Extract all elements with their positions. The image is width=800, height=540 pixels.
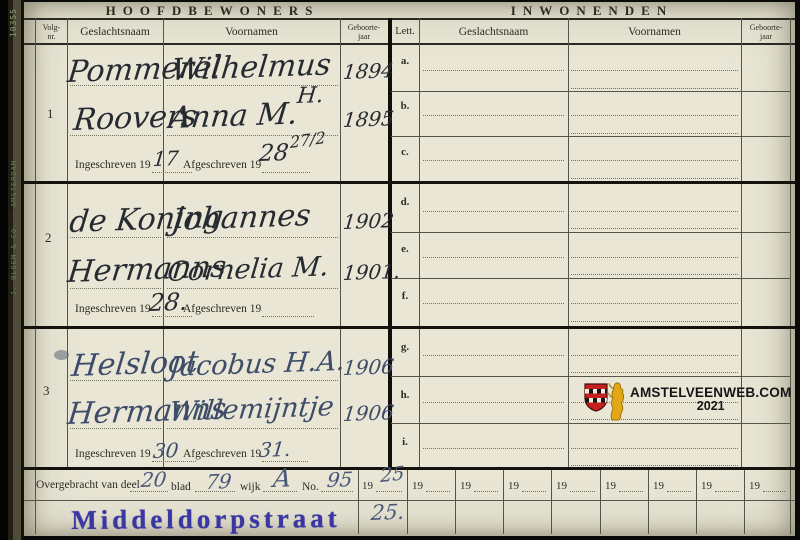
lett-label-d: d. [391,196,419,208]
dotted-fill-line [152,172,192,173]
year-value-handwritten: 25 [380,464,405,486]
letter-row-line [391,278,790,279]
dotted-writing-line [571,274,738,275]
ingeschreven-year-handwritten: 30 [152,440,180,461]
letter-row-line [391,423,790,424]
deel-value-handwritten: 20 [140,469,168,490]
dotted-writing-line [571,178,738,179]
dotted-writing-line [167,288,338,289]
spine-inventory-number: 10355 [9,8,18,37]
col-header-geboortejaar-left: Geboorte- jaar [340,23,388,41]
year-col-line [358,470,359,534]
year-col-line [648,470,649,534]
ingeschreven-label: Ingeschreven 19 [75,159,151,171]
dotted-fill-line [262,316,314,317]
register-page-scan: 10355 J. BLOEM & CO. - AMSTERDAM HOOFDBE… [0,0,800,540]
year-cell-label: 19 [508,480,519,492]
lett-label-a: a. [391,55,419,67]
col-header-geboortejaar-right: Geboorte- jaar [741,23,791,41]
divider-left-year [340,18,341,470]
lett-label-e: e. [391,243,419,255]
year-cell-label: 19 [605,480,616,492]
year-col-line [744,470,745,534]
dotted-fill-line [426,491,450,492]
year-cell-label: 19 [412,480,423,492]
wijk-label: wijk [240,481,260,493]
ingeschreven-year-handwritten: 17 [152,148,180,169]
year-cell-label: 19 [362,480,373,492]
year-col-line [455,470,456,534]
birthyear-handwritten: 1902 [342,210,395,232]
blad-value-handwritten: 79 [205,471,233,492]
ink-smudge [54,350,69,360]
spine-printer-text: J. BLOEM & CO. - AMSTERDAM [10,160,18,296]
firstnames-extra-handwritten: H. [296,85,324,108]
dotted-writing-line [423,160,564,161]
wijk-value-handwritten: A [272,465,293,491]
block-separator-1 [24,181,795,184]
volgnr-3: 3 [43,383,50,399]
birthyear-handwritten: 1895 [342,108,395,130]
blad-label: blad [171,481,191,493]
col-header-volgnr-line2: nr. [36,32,67,41]
dotted-fill-line [376,491,402,492]
col-header-geslachtsnaam-left: Geslachtsnaam [67,26,163,38]
ingeschreven-label: Ingeschreven 19 [75,448,151,460]
dotted-fill-line [763,491,785,492]
lett-label-g: g. [391,341,419,353]
letter-row-line [391,376,790,377]
dotted-writing-line [571,465,738,466]
afgeschreven-label: Afgeschreven 19 [183,303,261,315]
divider-right-names [568,18,569,470]
dotted-writing-line [571,133,738,134]
table-left-edge [35,18,36,534]
dotted-writing-line [571,303,738,304]
letter-row-line [391,232,790,233]
dotted-writing-line [571,321,738,322]
birthyear-handwritten: 1901. [342,261,401,283]
afgeschreven-label: Afgeschreven 19 [183,448,261,460]
shield-icon [585,384,607,411]
year-cell-label: 19 [460,480,471,492]
dotted-writing-line [571,115,738,116]
dotted-fill-line [262,172,310,173]
no-value-handwritten: 95 [326,469,354,490]
dotted-writing-line [571,355,738,356]
title-underline [24,18,795,20]
lett-label-f: f. [391,290,419,302]
dotted-writing-line [423,448,564,449]
bottom-row-separator [24,500,795,501]
year-col-line [407,470,408,534]
col-header-geslachtsnaam-right: Geslachtsnaam [419,26,568,38]
table-right-edge [790,18,791,534]
col-header-geboortejaar-left-line1: Geboorte- [340,23,388,32]
year-col-line [551,470,552,534]
col-header-volgnr-line1: Volg- [36,23,67,32]
dotted-writing-line [423,303,564,304]
col-header-volgnr: Volg- nr. [36,23,67,41]
dotted-fill-line [522,491,546,492]
header-underline [24,43,795,45]
firstnames-handwritten: Jacobus H.A. [168,348,346,381]
block-separator-2 [24,326,795,329]
dotted-writing-line [423,257,564,258]
dotted-fill-line [619,491,643,492]
dotted-fill-line [570,491,595,492]
col-header-voornamen-left: Voornamen [163,26,340,38]
dotted-writing-line [571,228,738,229]
volgnr-2: 2 [45,230,52,246]
letter-row-line [391,136,790,137]
dotted-writing-line [571,257,738,258]
block-separator-3 [24,467,795,470]
firstnames-handwritten: Wilhelmus [170,50,332,86]
divider-lett [419,18,420,470]
dotted-writing-line [423,70,564,71]
section-title-inwonenden: INWONENDEN [393,3,791,19]
firstnames-handwritten: Cornelia M. [166,253,330,286]
firstnames-handwritten: Anna M. [168,99,299,134]
dotted-writing-line [571,70,738,71]
year-col-line [696,470,697,534]
birthyear-handwritten: 1906 [342,402,395,424]
dotted-writing-line [571,448,738,449]
dotted-writing-line [571,372,738,373]
watermark-year: 2021 [630,400,791,413]
year-cell-label: 19 [701,480,712,492]
lion-icon [609,383,624,420]
afgeschreven-year-handwritten: 28 [258,142,290,166]
ingeschreven-label: Ingeschreven 19 [75,303,151,315]
col-header-geboortejaar-left-line2: jaar [340,32,388,41]
year-cell-label: 19 [749,480,760,492]
year-col-line [503,470,504,534]
dotted-fill-line [715,491,739,492]
watermark: AMSTELVEENWEB.COM 2021 [582,380,791,422]
col-header-lett: Lett. [391,26,419,37]
afgeschreven-year-handwritten: 31. [258,439,292,460]
no-label: No. [302,481,319,493]
house-number-handwritten: 25. [370,502,406,524]
dotted-fill-line [474,491,498,492]
dotted-writing-line [167,428,338,429]
dotted-writing-line [571,211,738,212]
dotted-writing-line [423,402,564,403]
col-header-geboortejaar-right-line1: Geboorte- [741,23,791,32]
firstnames-handwritten: Willemijntje [168,393,335,426]
watermark-site: AMSTELVEENWEB.COM [630,386,791,400]
dotted-writing-line [571,160,738,161]
firstnames-handwritten: Johannes [170,201,312,236]
afgeschreven-label: Afgeschreven 19 [183,159,261,171]
street-name-stamp: Middeldorpstraat [60,503,352,536]
birthyear-handwritten: 1894 [342,60,395,82]
watermark-text: AMSTELVEENWEB.COM 2021 [630,386,791,413]
dotted-writing-line [571,88,738,89]
birthyear-handwritten: 1906 [342,356,395,378]
dotted-fill-line [667,491,691,492]
dotted-writing-line [423,355,564,356]
col-header-geboortejaar-right-line2: jaar [741,32,791,41]
lett-label-c: c. [391,146,419,158]
year-cell-label: 19 [653,480,664,492]
year-col-line [600,470,601,534]
volgnr-1: 1 [47,106,54,122]
lett-label-i: i. [391,436,419,448]
col-header-voornamen-right: Voornamen [568,26,741,38]
section-title-hoofdbewoners: HOOFDBEWONERS [36,3,389,19]
amstelveen-coat-of-arms [582,380,628,422]
overgebracht-label: Overgebracht van deel [36,479,140,491]
dotted-writing-line [423,115,564,116]
year-cell-label: 19 [556,480,567,492]
dotted-writing-line [423,211,564,212]
letter-row-line [391,91,790,92]
